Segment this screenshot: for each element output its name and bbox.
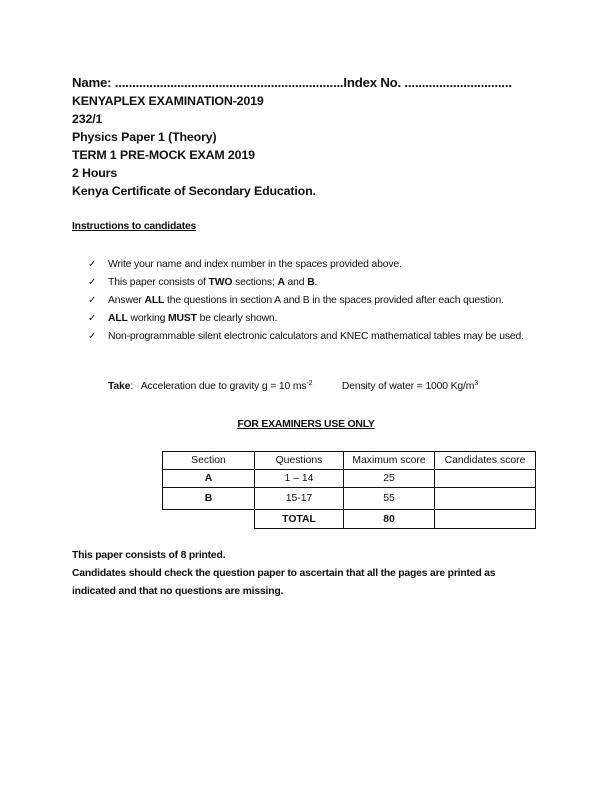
gravity-exponent: -2 — [306, 380, 312, 387]
checkmark-icon: ✓ — [88, 274, 96, 292]
instruction-text: Write your name and index number in the … — [108, 259, 402, 270]
instructions-title: Instructions to candidates — [72, 221, 196, 232]
take-colon: : — [130, 381, 133, 392]
exam-term: TERM 1 PRE-MOCK EXAM 2019 — [72, 148, 255, 162]
instruction-text: B — [307, 277, 314, 288]
questions-cell: 15-17 — [254, 487, 344, 510]
instruction-text: MUST — [168, 313, 197, 324]
examiners-title: FOR EXAMINERS USE ONLY — [0, 419, 612, 430]
paper-code: 232/1 — [72, 112, 102, 126]
name-field[interactable]: ........................................… — [115, 75, 344, 90]
instruction-text: . — [315, 277, 318, 288]
density-text: Density of water = 1000 Kg/m — [342, 381, 474, 392]
check-pages-note-cont: indicated and that no questions are miss… — [72, 586, 283, 597]
checkmark-icon: ✓ — [88, 310, 96, 328]
instruction-text: A — [277, 277, 284, 288]
max-score-cell: 25 — [343, 469, 435, 488]
name-index-line: Name: ..................................… — [72, 75, 512, 90]
instruction-text: and — [285, 277, 307, 288]
instruction-item: ✓Non-programmable silent electronic calc… — [88, 328, 548, 346]
column-header: Maximum score — [343, 451, 435, 470]
instruction-text: This paper consists of — [108, 277, 209, 288]
paper-title: Physics Paper 1 (Theory) — [72, 130, 216, 144]
instruction-item: ✓Write your name and index number in the… — [88, 256, 548, 274]
instruction-item: ✓ALL working MUST be clearly shown. — [88, 310, 548, 328]
max-score-cell: 55 — [343, 487, 435, 510]
candidate-score-cell[interactable] — [434, 469, 536, 488]
certificate-name: Kenya Certificate of Secondary Education… — [72, 184, 316, 198]
name-label: Name: — [72, 75, 115, 90]
index-field[interactable]: ............................... — [404, 75, 511, 90]
questions-cell: 1 – 14 — [254, 469, 344, 488]
gravity-text: Acceleration due to gravity g = 10 ms — [141, 381, 307, 392]
take-label: Take — [108, 381, 130, 392]
check-pages-note: Candidates should check the question pap… — [72, 568, 495, 579]
section-cell: B — [162, 487, 255, 510]
exam-name: KENYAPLEX EXAMINATION-2019 — [72, 94, 264, 108]
section-cell: A — [162, 469, 255, 488]
instruction-text: TWO — [209, 277, 233, 288]
total-candidate-score[interactable] — [434, 509, 536, 529]
constants-line: Take: Acceleration due to gravity g = 10… — [108, 381, 478, 392]
instruction-text: Answer — [108, 295, 144, 306]
total-label: TOTAL — [254, 509, 344, 529]
instruction-text: ALL — [108, 313, 128, 324]
instructions-list: ✓Write your name and index number in the… — [88, 256, 548, 346]
instruction-text: sections; — [232, 277, 277, 288]
exam-duration: 2 Hours — [72, 166, 117, 180]
candidate-score-cell[interactable] — [434, 487, 536, 510]
total-max-score: 80 — [343, 509, 435, 529]
page-count-note: This paper consists of 8 printed. — [72, 550, 225, 561]
instruction-item: ✓This paper consists of TWO sections; A … — [88, 274, 548, 292]
column-header: Candidates score — [434, 451, 536, 470]
instruction-text: the questions in section A and B in the … — [164, 295, 504, 306]
column-header: Questions — [254, 451, 344, 470]
checkmark-icon: ✓ — [88, 292, 96, 310]
instruction-text: Non-programmable silent electronic calcu… — [108, 331, 524, 342]
column-header: Section — [162, 451, 255, 470]
index-label: Index No. — [343, 75, 404, 90]
instruction-item: ✓Answer ALL the questions in section A a… — [88, 292, 548, 310]
checkmark-icon: ✓ — [88, 328, 96, 346]
checkmark-icon: ✓ — [88, 256, 96, 274]
density-exponent: 3 — [474, 380, 478, 387]
instruction-text: be clearly shown. — [197, 313, 277, 324]
instruction-text: ALL — [144, 295, 164, 306]
instruction-text: working — [128, 313, 168, 324]
